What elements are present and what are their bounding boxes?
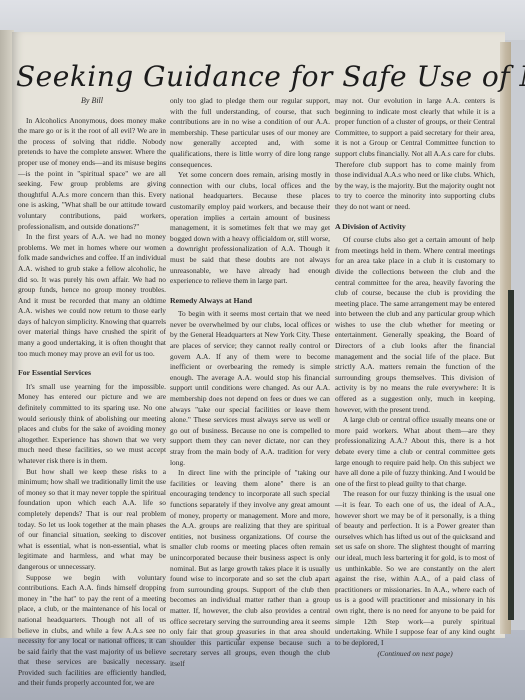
column-1: By Bill In Alcoholics Anonymous, does mo… xyxy=(18,96,166,689)
byline: By Bill xyxy=(18,96,166,107)
book-cover-edge xyxy=(508,290,514,620)
paragraph: A large club or central office usually m… xyxy=(335,415,495,489)
column-3: may not. Our evolution in large A.A. cen… xyxy=(335,96,495,660)
paragraph: Suppose we begin with voluntary contribu… xyxy=(18,573,166,690)
paragraph: It's small use yearning for the impossib… xyxy=(18,382,166,467)
paragraph: In direct line with the principle of "ta… xyxy=(170,468,330,669)
section-heading: Remedy Always at Hand xyxy=(170,296,330,307)
paragraph: The reason for our fuzzy thinking is the… xyxy=(335,489,495,648)
paragraph: In Alcoholics Anonymous, does money make… xyxy=(18,116,166,233)
paragraph: To begin with it seems most certain that… xyxy=(170,309,330,468)
column-2: only too glad to pledge them our regular… xyxy=(170,96,330,669)
page-number: 3 xyxy=(236,632,241,642)
section-heading: A Division of Activity xyxy=(335,222,495,233)
section-heading: For Essential Services xyxy=(18,368,166,379)
paragraph: Yet some concern does remain, arising mo… xyxy=(170,170,330,287)
continued-note: (Continued on next page) xyxy=(335,649,495,660)
article-title: Seeking Guidance for Safe Use of Money xyxy=(16,60,486,93)
paragraph: But how shall we keep these risks to a m… xyxy=(18,467,166,573)
paragraph: Of course clubs also get a certain amoun… xyxy=(335,235,495,415)
paragraph: may not. Our evolution in large A.A. cen… xyxy=(335,96,495,213)
paragraph: only too glad to pledge them our regular… xyxy=(170,96,330,170)
paragraph: In the first years of A.A. we had no mon… xyxy=(18,232,166,359)
